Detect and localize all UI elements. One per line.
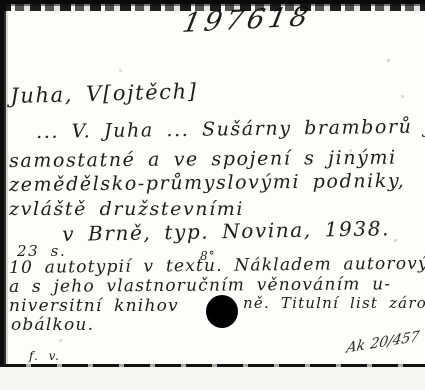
scan-background (0, 367, 425, 390)
cataloguer-initials: f. v. (29, 349, 60, 363)
title-line-4: zvláště družstevními (9, 198, 244, 220)
title-line-3: zemědělsko-průmyslovými podniky, (9, 170, 405, 196)
title-line-1: ... V. Juha ... Sušárny bramborů jako (36, 115, 425, 143)
accession-mark: Ak 20/457 (345, 329, 420, 357)
scan-top-edge (0, 0, 425, 11)
note-line-3-right: ně. Titulní list zároveň (243, 294, 425, 312)
imprint-line: v Brně, typ. Novina, 1938. (62, 216, 390, 246)
note-line-3-left: niversitní knihov (9, 296, 179, 316)
catalog-card-scan: 197618 Juha, V[ojtěch] ... V. Juha ... S… (0, 0, 425, 390)
scan-left-edge (0, 3, 8, 368)
author-heading: Juha, V[ojtěch] (10, 79, 198, 108)
title-line-2: samostatné a ve spojení s jinými (9, 147, 397, 172)
hole-punch (206, 295, 238, 328)
note-line-4: obálkou. (11, 315, 94, 335)
